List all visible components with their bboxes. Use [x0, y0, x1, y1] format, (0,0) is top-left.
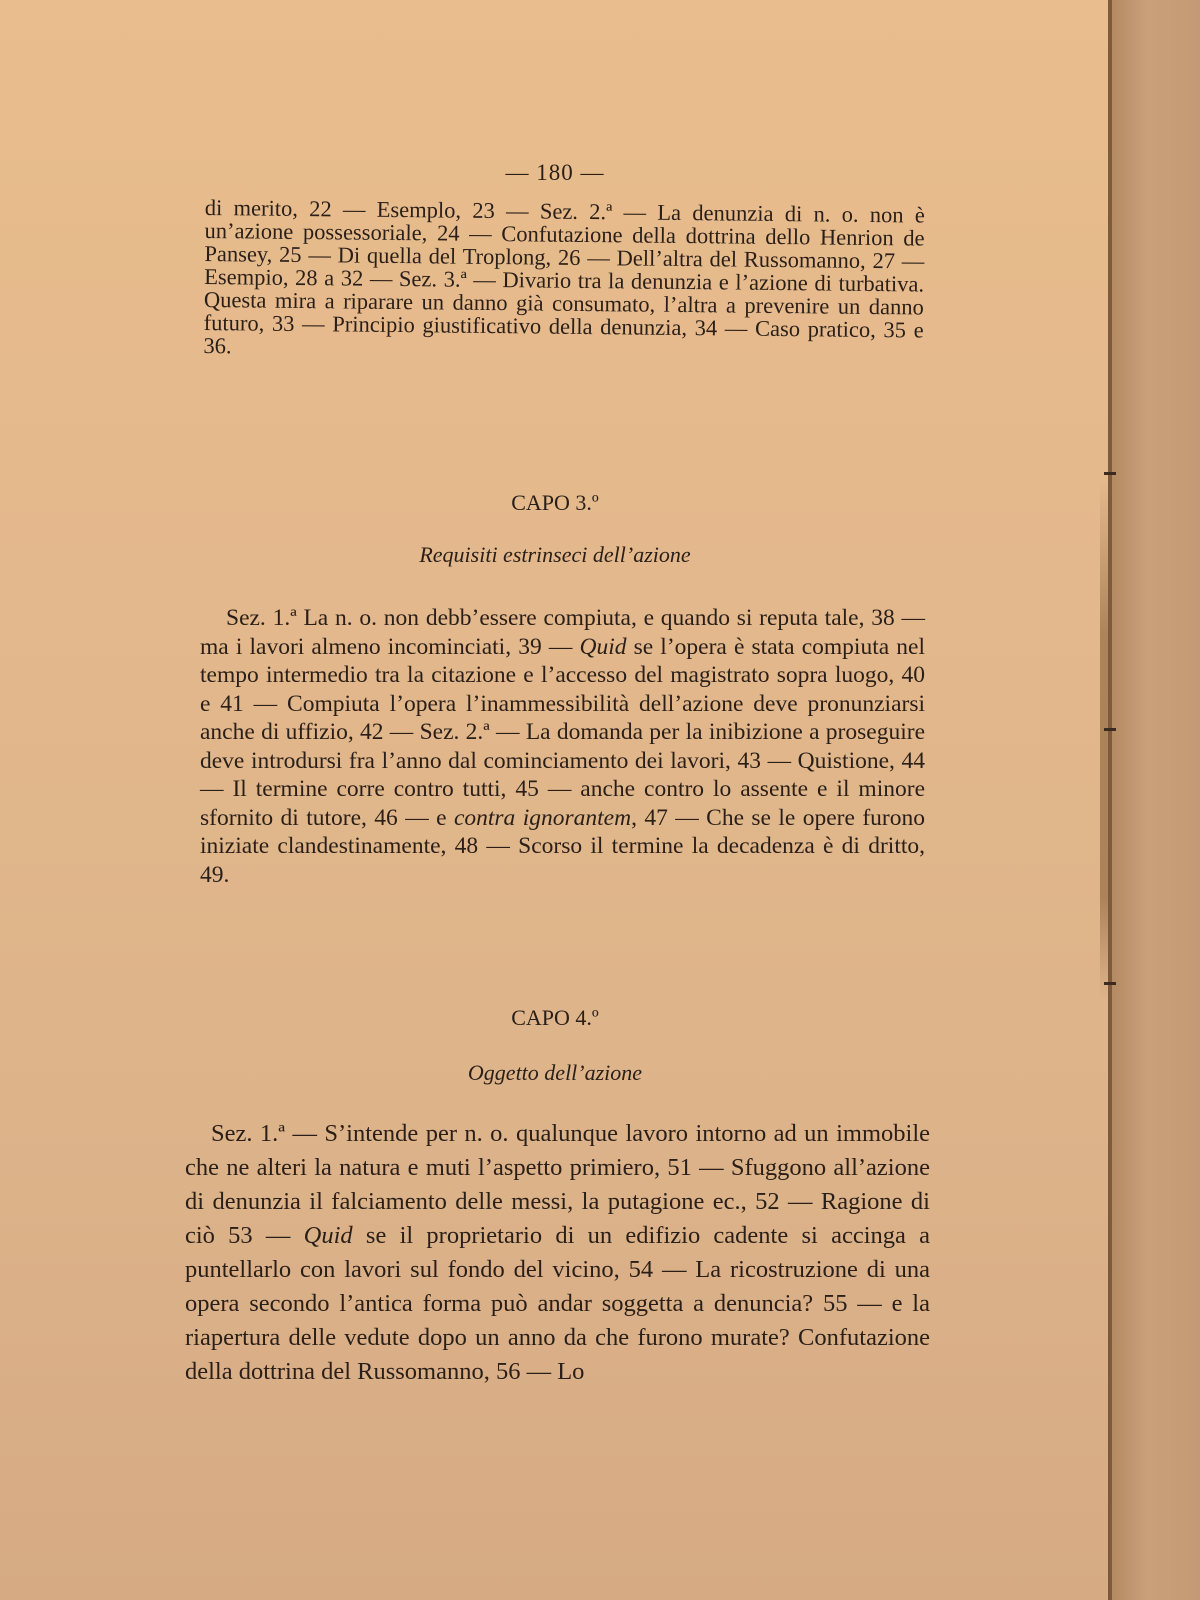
chapter-4-italic-run: Quid	[304, 1222, 353, 1249]
chapter-4-summary-paragraph: Sez. 1.ª — S’intende per n. o. qualunque…	[185, 1117, 930, 1389]
facing-page-edge	[1112, 0, 1200, 1600]
binding-stitch	[1104, 982, 1116, 985]
chapter-3-italic-run: contra ignorantem	[454, 805, 631, 831]
chapter-3-summary-paragraph: Sez. 1.ª La n. o. non debb’essere compiu…	[200, 604, 925, 889]
chapter-3-heading: CAPO 3.º	[0, 490, 1110, 516]
binding-stitch	[1104, 472, 1116, 475]
chapter-4-title: Oggetto dell’azione	[0, 1060, 1110, 1086]
page-number: — 180 —	[0, 160, 1110, 186]
chapter-4-heading: CAPO 4.º	[0, 1005, 1110, 1031]
chapter-3-title: Requisiti estrinseci dell’azione	[0, 542, 1110, 568]
binding-stitch	[1104, 728, 1116, 731]
chapter-3-italic-run: Quid	[579, 634, 626, 660]
summary-continued-paragraph: di merito, 22 — Esemplo, 23 — Sez. 2.ª —…	[203, 196, 925, 365]
chapter-3-text-run: se l’opera è stata compiuta nel tempo in…	[200, 634, 925, 831]
